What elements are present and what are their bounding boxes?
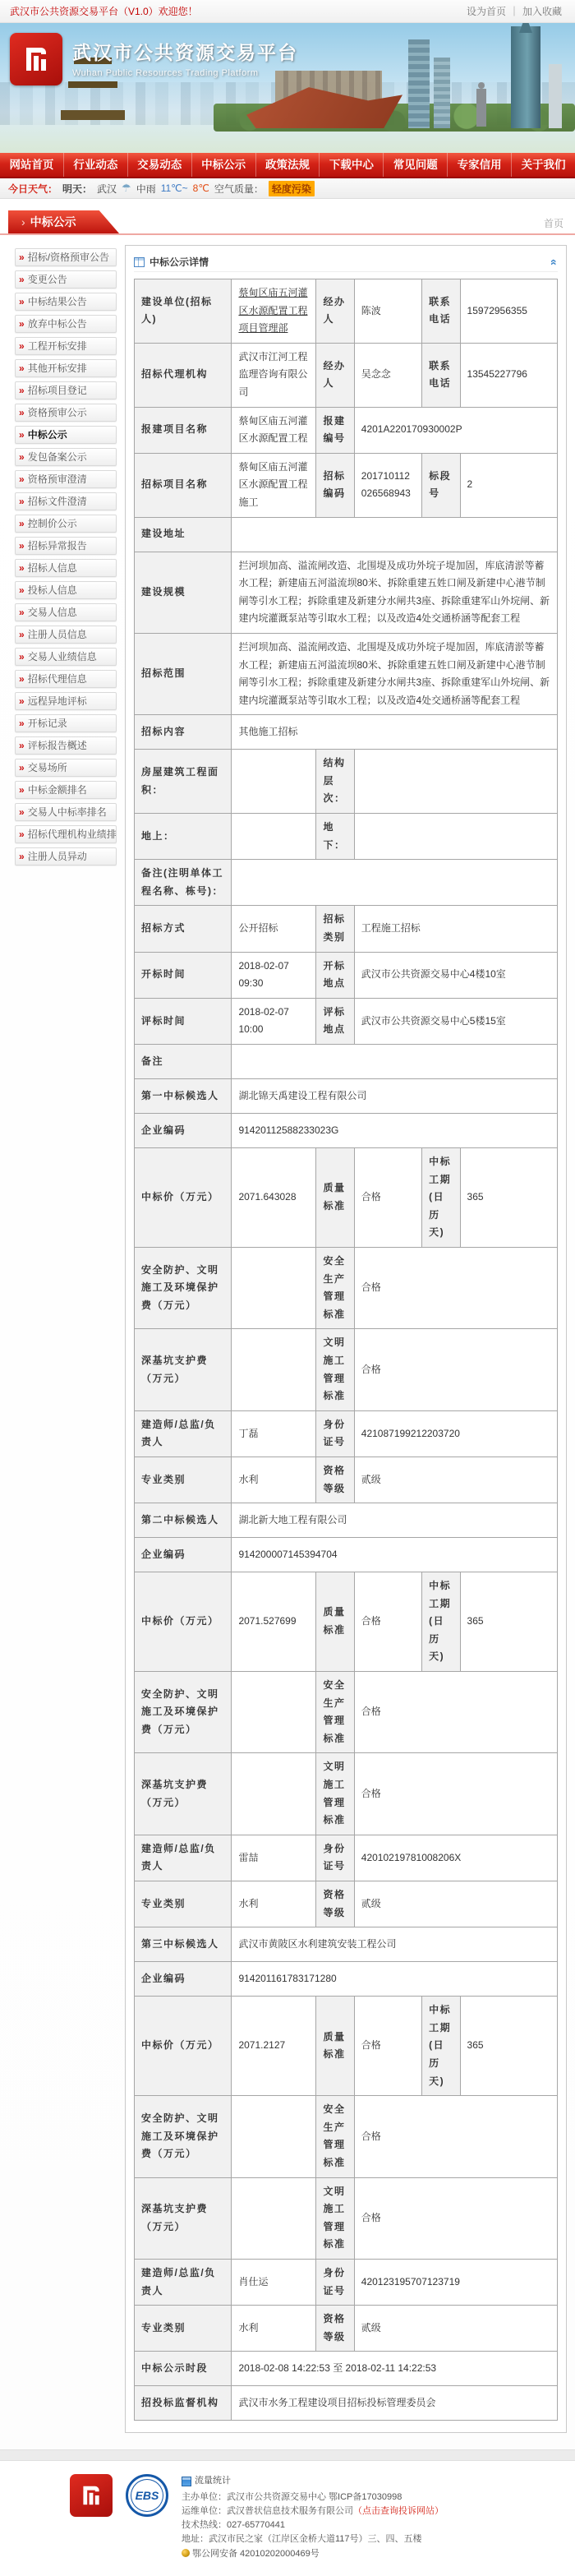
sidebar-item[interactable]: »中标金额排名 bbox=[15, 781, 117, 799]
breadcrumb-current: 中标公示 bbox=[30, 215, 76, 229]
table-cell-value: 合格 bbox=[354, 1329, 557, 1410]
table-cell-value: 42010219781008206X bbox=[354, 1835, 557, 1881]
table-cell-value: 合格 bbox=[354, 1247, 557, 1328]
sidebar-item-label: 招标人信息 bbox=[28, 560, 77, 576]
sidebar-item-label: 资格预审澄清 bbox=[28, 471, 87, 487]
table-cell-label: 招标方式 bbox=[135, 906, 232, 952]
sidebar-item-label: 交易场所 bbox=[28, 759, 67, 776]
table-cell-value bbox=[232, 1329, 316, 1410]
sidebar-item[interactable]: »投标人信息 bbox=[15, 581, 117, 599]
caret-icon: › bbox=[21, 215, 25, 229]
table-cell-value: 2018-02-07 10:00 bbox=[232, 998, 316, 1044]
sidebar-item[interactable]: »开标记录 bbox=[15, 714, 117, 732]
table-cell-value bbox=[232, 1753, 316, 1835]
sidebar-item-label: 评标报告概述 bbox=[28, 737, 87, 754]
detail-panel: 中标公示详情 « 建设单位(招标人)蔡甸区庙五河灌区水源配置工程项目管理部经办人… bbox=[125, 245, 567, 2433]
sidebar-item[interactable]: »工程开标安排 bbox=[15, 337, 117, 355]
sidebar-item-label: 中标结果公告 bbox=[28, 293, 87, 310]
content-area: »招标/资格预审公告»变更公告»中标结果公告»放弃中标公告»工程开标安排»其他开… bbox=[0, 235, 575, 2449]
table-row: 企业编码914201161783171280 bbox=[135, 1962, 558, 1997]
double-arrow-icon: » bbox=[19, 427, 25, 443]
sidebar-item-label: 投标人信息 bbox=[28, 582, 77, 598]
table-cell-label: 深基坑支护费（万元） bbox=[135, 1329, 232, 1410]
table-cell-value: 2 bbox=[460, 453, 557, 517]
nav-item[interactable]: 行业动态 bbox=[64, 153, 128, 177]
skyscraper-art bbox=[408, 39, 430, 128]
double-arrow-icon: » bbox=[19, 848, 25, 865]
sidebar-item-label: 资格预审公示 bbox=[28, 404, 87, 421]
header-banner: 武汉市公共资源交易平台 Wuhan Public Resources Tradi… bbox=[0, 23, 575, 153]
table-cell-value: 合格 bbox=[354, 1672, 557, 1753]
sidebar-item[interactable]: »交易场所 bbox=[15, 759, 117, 777]
table-cell-value: 合格 bbox=[354, 2177, 557, 2259]
sidebar-item-label: 开标记录 bbox=[28, 715, 67, 732]
footer-line-label: 主办单位： bbox=[182, 2492, 227, 2502]
table-cell-label: 文明施工管理标准 bbox=[316, 2177, 354, 2259]
temp-high: 11℃~ bbox=[161, 182, 188, 194]
table-row: 安全防护、文明施工及环境保护费（万元）安全生产管理标准合格 bbox=[135, 2096, 558, 2177]
table-cell-label: 深基坑支护费（万元） bbox=[135, 2177, 232, 2259]
table-cell-value: 武汉市黄陂区水利建筑安装工程公司 bbox=[232, 1927, 558, 1962]
table-cell-value: 丁磊 bbox=[232, 1410, 316, 1457]
nav-item[interactable]: 中标公示 bbox=[192, 153, 256, 177]
table-cell-label: 身份证号 bbox=[316, 2259, 354, 2305]
footer-text-block: 流量统计 主办单位：武汉市公共资源交易中心 鄂ICP备17030998运维单位：… bbox=[182, 2474, 444, 2560]
table-cell-value: 吴念念 bbox=[354, 343, 421, 407]
table-cell-label: 身份证号 bbox=[316, 1410, 354, 1457]
sidebar-item-label: 招标代理信息 bbox=[28, 671, 87, 687]
double-arrow-icon: » bbox=[19, 271, 25, 288]
table-cell-label: 中标工期(日历天) bbox=[422, 1572, 460, 1672]
table-cell-label: 安全防护、文明施工及环境保护费（万元） bbox=[135, 1672, 232, 1753]
sidebar-item[interactable]: »变更公告 bbox=[15, 270, 117, 289]
table-cell-value: 2071.2127 bbox=[232, 1997, 316, 2096]
detail-table: 建设单位(招标人)蔡甸区庙五河灌区水源配置工程项目管理部经办人陈波联系电话159… bbox=[134, 279, 558, 2421]
table-cell-value: 365 bbox=[460, 1572, 557, 1672]
sidebar-item[interactable]: »发包备案公示 bbox=[15, 448, 117, 466]
table-cell-value: 工程施工招标 bbox=[354, 906, 557, 952]
double-arrow-icon: » bbox=[19, 471, 25, 487]
site-title-block: 武汉市公共资源交易平台 Wuhan Public Resources Tradi… bbox=[72, 38, 298, 78]
table-cell-label: 建设规模 bbox=[135, 552, 232, 633]
double-arrow-icon: » bbox=[19, 737, 25, 754]
panel-header: 中标公示详情 « bbox=[134, 252, 558, 272]
table-cell-value: 365 bbox=[460, 1148, 557, 1248]
table-row: 地上：地下： bbox=[135, 814, 558, 860]
table-row: 企业编码914200007145394704 bbox=[135, 1538, 558, 1572]
sidebar-item-label: 远程异地评标 bbox=[28, 693, 87, 709]
table-row: 专业类别水利资格等级贰级 bbox=[135, 1881, 558, 1927]
table-cell-value: 贰级 bbox=[354, 1457, 557, 1503]
site-title: 武汉市公共资源交易平台 bbox=[72, 38, 298, 65]
table-row: 招标内容其他施工招标 bbox=[135, 715, 558, 750]
table-cell-label: 深基坑支护费（万元） bbox=[135, 1753, 232, 1835]
breadcrumb-ribbon: ›中标公示 bbox=[8, 210, 119, 233]
table-cell-value: 合格 bbox=[354, 1148, 421, 1248]
table-cell-label: 资格等级 bbox=[316, 1881, 354, 1927]
table-row: 企业编码91420112588233023G bbox=[135, 1114, 558, 1148]
nav-item[interactable]: 专家信用 bbox=[448, 153, 512, 177]
table-cell-value: 湖北锦天禹建设工程有限公司 bbox=[232, 1079, 558, 1114]
table-cell-value: 蔡甸区庙五河灌区水源配置工程 bbox=[232, 407, 316, 453]
table-cell-label: 报建项目名称 bbox=[135, 407, 232, 453]
monument-art bbox=[549, 64, 562, 128]
air-quality-badge: 轻度污染 bbox=[269, 181, 315, 196]
sidebar-item-label: 中标金额排名 bbox=[28, 782, 87, 798]
breadcrumb: ›中标公示 首页 bbox=[0, 210, 575, 235]
sidebar-item-label: 招标代理机构业绩排名 bbox=[28, 826, 117, 843]
sidebar-item[interactable]: »注册人员信息 bbox=[15, 626, 117, 644]
table-cell-label: 标段号 bbox=[422, 453, 460, 517]
table-cell-label: 专业类别 bbox=[135, 2306, 232, 2352]
table-row: 深基坑支护费（万元）文明施工管理标准合格 bbox=[135, 2177, 558, 2259]
site-subtitle: Wuhan Public Resources Trading Platform bbox=[72, 68, 298, 78]
table-cell-value: 拦河坝加高、溢流闸改造、北围堤及成功外垸子堤加固，库底清淤等蓄水工程；新建庙五河… bbox=[232, 633, 558, 714]
table-cell-label: 文明施工管理标准 bbox=[316, 1329, 354, 1410]
double-arrow-icon: » bbox=[19, 338, 25, 354]
panel-title: 中标公示详情 bbox=[149, 255, 209, 269]
nav-item[interactable]: 关于我们 bbox=[512, 153, 575, 177]
weather-condition: 中雨 bbox=[136, 182, 156, 196]
table-row: 招标代理机构武汉市江河工程监理咨询有限公司经办人吴念念联系电话135452277… bbox=[135, 343, 558, 407]
table-row: 备注(注明单体工程名称、栋号)： bbox=[135, 860, 558, 906]
sidebar-item-label: 其他开标安排 bbox=[28, 360, 87, 376]
table-cell-label: 经办人 bbox=[316, 343, 354, 407]
nav-item[interactable]: 交易动态 bbox=[128, 153, 192, 177]
footer-line-text: 武汉市民之家（江岸区金桥大道117号）三、四、五楼 bbox=[209, 2534, 422, 2544]
table-row: 建造师/总监/负责人肖仕运身份证号420123195707123719 bbox=[135, 2259, 558, 2305]
double-arrow-icon: » bbox=[19, 249, 25, 265]
weather-day: 明天： bbox=[62, 182, 92, 196]
nav-item[interactable]: 网站首页 bbox=[0, 153, 64, 177]
sidebar-item[interactable]: »资格预审澄清 bbox=[15, 470, 117, 488]
double-arrow-icon: » bbox=[19, 649, 25, 665]
complaint-link[interactable]: （点击查询投诉网站） bbox=[353, 2506, 444, 2516]
table-cell-label: 备注 bbox=[135, 1045, 232, 1079]
sidebar-item-label: 变更公告 bbox=[28, 271, 67, 288]
table-cell-label: 中标工期(日历天) bbox=[422, 1148, 460, 1248]
traffic-stats[interactable]: 流量统计 bbox=[182, 2474, 444, 2488]
sidebar-item[interactable]: »交易人业绩信息 bbox=[15, 648, 117, 666]
sidebar-item[interactable]: »招标代理机构业绩排名 bbox=[15, 825, 117, 843]
table-cell-label: 安全防护、文明施工及环境保护费（万元） bbox=[135, 2096, 232, 2177]
set-home-link[interactable]: 设为首页 bbox=[467, 6, 506, 17]
double-arrow-icon: » bbox=[19, 293, 25, 310]
weather-city: 武汉 bbox=[97, 182, 117, 196]
nav-item[interactable]: 常见问题 bbox=[384, 153, 448, 177]
table-cell-label: 招标代理机构 bbox=[135, 343, 232, 407]
table-cell-label: 资格等级 bbox=[316, 1457, 354, 1503]
double-arrow-icon: » bbox=[19, 759, 25, 776]
table-cell-label: 评标地点 bbox=[316, 998, 354, 1044]
double-arrow-icon: » bbox=[19, 582, 25, 598]
sidebar-item-label: 放弃中标公告 bbox=[28, 316, 87, 332]
table-cell-value: 武汉市水务工程建设项目招标投标管理委员会 bbox=[232, 2386, 558, 2421]
table-row: 房屋建筑工程面积：结构层次： bbox=[135, 750, 558, 814]
footer-lines: 主办单位：武汉市公共资源交易中心 鄂ICP备17030998运维单位：武汉普状信… bbox=[182, 2491, 444, 2560]
sidebar-item[interactable]: »招标异常报告 bbox=[15, 537, 117, 555]
double-arrow-icon: » bbox=[19, 449, 25, 465]
table-cell-value bbox=[232, 814, 316, 860]
weather-bar: 今日天气： 明天： 武汉 ☂ 中雨 11℃~ 8℃ 空气质量： 轻度污染 bbox=[0, 178, 575, 199]
table-cell-value: 武汉市公共资源交易中心5楼15室 bbox=[354, 998, 557, 1044]
topbar-links: 设为首页｜加入收藏 bbox=[463, 4, 565, 18]
sidebar-item[interactable]: »控制价公示 bbox=[15, 515, 117, 533]
table-cell-value: 肖仕运 bbox=[232, 2259, 316, 2305]
table-cell-value: 914201161783171280 bbox=[232, 1962, 558, 1997]
table-cell-label: 联系电话 bbox=[422, 279, 460, 344]
table-cell-label: 结构层次： bbox=[316, 750, 354, 814]
home-link[interactable]: 首页 bbox=[544, 216, 563, 230]
logo-emblem-icon bbox=[20, 43, 53, 76]
table-row: 第一中标候选人湖北锦天禹建设工程有限公司 bbox=[135, 1079, 558, 1114]
double-arrow-icon: » bbox=[19, 538, 25, 554]
rain-icon: ☂ bbox=[122, 182, 131, 195]
sidebar-item-label: 招标/资格预审公告 bbox=[28, 249, 109, 265]
table-cell-label: 企业编码 bbox=[135, 1538, 232, 1572]
sidebar-item[interactable]: »中标公示 bbox=[15, 426, 117, 444]
sidebar-item[interactable]: »招标/资格预审公告 bbox=[15, 248, 117, 266]
sidebar-item-label: 中标公示 bbox=[28, 427, 67, 443]
table-cell-label: 备注(注明单体工程名称、栋号)： bbox=[135, 860, 232, 906]
sidebar-item-label: 控制价公示 bbox=[28, 515, 77, 532]
table-cell-label: 中标工期(日历天) bbox=[422, 1997, 460, 2096]
sidebar-item[interactable]: »交易人中标率排名 bbox=[15, 803, 117, 821]
table-row: 中标价（万元）2071.2127质量标准合格中标工期(日历天)365 bbox=[135, 1997, 558, 2096]
table-cell-value bbox=[232, 750, 316, 814]
table-row: 开标时间2018-02-07 09:30开标地点武汉市公共资源交易中心4楼10室 bbox=[135, 952, 558, 998]
sidebar-item-label: 注册人员异动 bbox=[28, 848, 87, 865]
sidebar-item-label: 工程开标安排 bbox=[28, 338, 87, 354]
table-cell-label: 身份证号 bbox=[316, 1835, 354, 1881]
table-cell-label: 建造师/总监/负责人 bbox=[135, 2259, 232, 2305]
table-cell-value: 合格 bbox=[354, 1753, 557, 1835]
table-cell-label: 招标项目名称 bbox=[135, 453, 232, 517]
double-arrow-icon: » bbox=[19, 560, 25, 576]
double-arrow-icon: » bbox=[19, 493, 25, 510]
footer-line: 地址：武汉市民之家（江岸区金桥大道117号）三、四、五楼 bbox=[182, 2532, 444, 2546]
double-arrow-icon: » bbox=[19, 604, 25, 621]
footer-line-text: 鄂公网安备 42010202000469号 bbox=[192, 2549, 320, 2559]
table-row: 备注 bbox=[135, 1045, 558, 1079]
table-row: 招投标监督机构武汉市水务工程建设项目招标投标管理委员会 bbox=[135, 2386, 558, 2421]
sidebar-item-label: 交易人业绩信息 bbox=[28, 649, 97, 665]
topbar-separator: ｜ bbox=[509, 6, 519, 17]
sidebar-item[interactable]: »评标报告概述 bbox=[15, 736, 117, 755]
table-row: 建设地址 bbox=[135, 517, 558, 552]
table-cell-label: 建设地址 bbox=[135, 517, 232, 552]
table-row: 深基坑支护费（万元）文明施工管理标准合格 bbox=[135, 1753, 558, 1835]
double-arrow-icon: » bbox=[19, 382, 25, 399]
table-cell-value bbox=[232, 1045, 558, 1079]
table-cell-value: 2071.643028 bbox=[232, 1148, 316, 1248]
table-cell-value: 贰级 bbox=[354, 2306, 557, 2352]
table-cell-value: 湖北新大地工程有限公司 bbox=[232, 1503, 558, 1538]
sidebar-item-label: 招标项目登记 bbox=[28, 382, 87, 399]
sidebar-item[interactable]: »其他开标安排 bbox=[15, 359, 117, 377]
table-cell-label: 中标价（万元） bbox=[135, 1148, 232, 1248]
table-cell-value: 武汉市公共资源交易中心4楼10室 bbox=[354, 952, 557, 998]
sidebar-item-label: 发包备案公示 bbox=[28, 449, 87, 465]
table-cell-label: 招投标监督机构 bbox=[135, 2386, 232, 2421]
table-cell-label: 招标范围 bbox=[135, 633, 232, 714]
table-row: 建造师/总监/负责人丁磊身份证号421087199212203720 bbox=[135, 1410, 558, 1457]
table-row: 招标项目名称蔡甸区庙五河灌区水源配置工程施工招标编码20171011202656… bbox=[135, 453, 558, 517]
table-cell-label: 开标地点 bbox=[316, 952, 354, 998]
table-cell-value: 13545227796 bbox=[460, 343, 557, 407]
table-cell-label: 企业编码 bbox=[135, 1114, 232, 1148]
double-arrow-icon: » bbox=[19, 404, 25, 421]
double-arrow-icon: » bbox=[19, 826, 25, 843]
nav-item[interactable]: 下载中心 bbox=[320, 153, 384, 177]
add-favorite-link[interactable]: 加入收藏 bbox=[522, 6, 562, 17]
table-cell-label: 资格等级 bbox=[316, 2306, 354, 2352]
stats-label: 流量统计 bbox=[195, 2474, 231, 2488]
table-cell-value: 2018-02-08 14:22:53 至 2018-02-11 14:22:5… bbox=[232, 2352, 558, 2386]
table-cell-value bbox=[232, 2177, 316, 2259]
table-row: 建造师/总监/负责人雷喆身份证号42010219781008206X bbox=[135, 1835, 558, 1881]
table-cell-label: 专业类别 bbox=[135, 1457, 232, 1503]
table-cell-label: 地上： bbox=[135, 814, 232, 860]
table-cell-value bbox=[232, 860, 558, 906]
table-cell-value: 91420112588233023G bbox=[232, 1114, 558, 1148]
table-cell-value: 4201A220170930002P bbox=[354, 407, 557, 453]
double-arrow-icon: » bbox=[19, 515, 25, 532]
table-cell-label: 质量标准 bbox=[316, 1572, 354, 1672]
table-row: 中标价（万元）2071.527699质量标准合格中标工期(日历天)365 bbox=[135, 1572, 558, 1672]
table-cell-label: 房屋建筑工程面积： bbox=[135, 750, 232, 814]
footer-line: 主办单位：武汉市公共资源交易中心 鄂ICP备17030998 bbox=[182, 2491, 444, 2504]
table-cell-value: 贰级 bbox=[354, 1881, 557, 1927]
table-cell-label: 招标内容 bbox=[135, 715, 232, 750]
table-cell-value: 201710112026568943 bbox=[354, 453, 421, 517]
footer-line-label: 技术热线： bbox=[182, 2520, 227, 2530]
statue-art bbox=[476, 89, 486, 127]
detail-table-body: 建设单位(招标人)蔡甸区庙五河灌区水源配置工程项目管理部经办人陈波联系电话159… bbox=[135, 279, 558, 2421]
table-cell-value: 合格 bbox=[354, 1572, 421, 1672]
table-cell-label: 安全防护、文明施工及环境保护费（万元） bbox=[135, 1247, 232, 1328]
footer-separator bbox=[0, 2449, 575, 2461]
ebs-certification-badge: EBS bbox=[126, 2474, 168, 2517]
table-cell-value: 420123195707123719 bbox=[354, 2259, 557, 2305]
double-arrow-icon: » bbox=[19, 782, 25, 798]
table-cell-value bbox=[232, 1672, 316, 1753]
double-arrow-icon: » bbox=[19, 360, 25, 376]
sidebar-item[interactable]: »招标文件澄清 bbox=[15, 492, 117, 510]
sidebar-item-label: 交易人信息 bbox=[28, 604, 77, 621]
sidebar-item[interactable]: »招标人信息 bbox=[15, 559, 117, 577]
footer-line-text: 027-65770441 bbox=[227, 2520, 285, 2530]
table-cell-value: 蔡甸区庙五河灌区水源配置工程施工 bbox=[232, 453, 316, 517]
footer-line: 运维单位：武汉普状信息技术服务有限公司（点击查询投诉网站） bbox=[182, 2504, 444, 2518]
table-row: 第二中标候选人湖北新大地工程有限公司 bbox=[135, 1503, 558, 1538]
table-cell-label: 第三中标候选人 bbox=[135, 1927, 232, 1962]
site-logo[interactable] bbox=[10, 33, 62, 85]
sidebar-item-label: 注册人员信息 bbox=[28, 626, 87, 643]
table-row: 评标时间2018-02-07 10:00评标地点武汉市公共资源交易中心5楼15室 bbox=[135, 998, 558, 1044]
table-cell-value: 雷喆 bbox=[232, 1835, 316, 1881]
table-cell-label: 中标价（万元） bbox=[135, 1997, 232, 2096]
sidebar-item[interactable]: »交易人信息 bbox=[15, 603, 117, 621]
table-row: 专业类别水利资格等级贰级 bbox=[135, 1457, 558, 1503]
table-cell-value bbox=[354, 750, 557, 814]
collapse-icon[interactable]: « bbox=[548, 259, 561, 265]
temp-low: 8℃ bbox=[193, 182, 209, 194]
double-arrow-icon: » bbox=[19, 626, 25, 643]
table-cell-label: 质量标准 bbox=[316, 1148, 354, 1248]
table-cell-value: 421087199212203720 bbox=[354, 1410, 557, 1457]
sidebar-item[interactable]: »招标项目登记 bbox=[15, 381, 117, 399]
weather-label: 今日天气： bbox=[8, 182, 57, 196]
footer-line: 鄂公网安备 42010202000469号 bbox=[182, 2547, 444, 2561]
table-cell-label: 招标类别 bbox=[316, 906, 354, 952]
table-cell-value: 其他施工招标 bbox=[232, 715, 558, 750]
nav-item[interactable]: 政策法规 bbox=[256, 153, 320, 177]
ebs-label: EBS bbox=[136, 2489, 159, 2502]
sidebar-item[interactable]: »注册人员异动 bbox=[15, 847, 117, 866]
table-row: 招标方式公开招标招标类别工程施工招标 bbox=[135, 906, 558, 952]
top-bar: 武汉市公共资源交易平台（V1.0）欢迎您！ 设为首页｜加入收藏 bbox=[0, 0, 575, 23]
table-cell-label: 中标公示时段 bbox=[135, 2352, 232, 2386]
table-cell-value bbox=[232, 2096, 316, 2177]
sidebar-item[interactable]: »中标结果公告 bbox=[15, 293, 117, 311]
table-cell-label: 评标时间 bbox=[135, 998, 232, 1044]
table-cell-label: 联系电话 bbox=[422, 343, 460, 407]
table-row: 专业类别水利资格等级贰级 bbox=[135, 2306, 558, 2352]
sidebar-item[interactable]: »放弃中标公告 bbox=[15, 315, 117, 333]
sidebar-item-label: 招标异常报告 bbox=[28, 538, 87, 554]
footer-logo bbox=[70, 2474, 113, 2517]
table-cell-value: 陈波 bbox=[354, 279, 421, 344]
table-cell-label: 安全生产管理标准 bbox=[316, 1247, 354, 1328]
table-cell-value bbox=[232, 1247, 316, 1328]
table-cell-label: 质量标准 bbox=[316, 1997, 354, 2096]
public-security-badge-icon bbox=[182, 2549, 190, 2557]
footer: EBS 流量统计 主办单位：武汉市公共资源交易中心 鄂ICP备17030998运… bbox=[0, 2461, 575, 2575]
table-row: 报建项目名称蔡甸区庙五河灌区水源配置工程报建编号4201A22017093000… bbox=[135, 407, 558, 453]
table-row: 建设单位(招标人)蔡甸区庙五河灌区水源配置工程项目管理部经办人陈波联系电话159… bbox=[135, 279, 558, 344]
sidebar-item[interactable]: »招标代理信息 bbox=[15, 670, 117, 688]
table-cell-value: 公开招标 bbox=[232, 906, 316, 952]
double-arrow-icon: » bbox=[19, 804, 25, 820]
footer-line-text: 武汉普状信息技术服务有限公司 bbox=[227, 2506, 353, 2516]
table-row: 深基坑支护费（万元）文明施工管理标准合格 bbox=[135, 1329, 558, 1410]
skyscraper-art bbox=[434, 58, 450, 128]
table-cell-value: 武汉市江河工程监理咨询有限公司 bbox=[232, 343, 316, 407]
sidebar-item[interactable]: »远程异地评标 bbox=[15, 692, 117, 710]
table-cell-label: 文明施工管理标准 bbox=[316, 1753, 354, 1835]
table-cell-value: 水利 bbox=[232, 2306, 316, 2352]
table-cell-value: 拦河坝加高、溢流闸改造、北围堤及成功外垸子堤加固，库底清淤等蓄水工程；新建庙五河… bbox=[232, 552, 558, 633]
sidebar-item-label: 交易人中标率排名 bbox=[28, 804, 107, 820]
table-cell-label: 招标编码 bbox=[316, 453, 354, 517]
double-arrow-icon: » bbox=[19, 316, 25, 332]
table-cell-label: 开标时间 bbox=[135, 952, 232, 998]
table-cell-value: 15972956355 bbox=[460, 279, 557, 344]
table-cell-label: 经办人 bbox=[316, 279, 354, 344]
main-nav: 网站首页行业动态交易动态中标公示政策法规下载中心常见问题专家信用关于我们 bbox=[0, 153, 575, 178]
sidebar-item[interactable]: »资格预审公示 bbox=[15, 404, 117, 422]
table-cell-value: 蔡甸区庙五河灌区水源配置工程项目管理部 bbox=[232, 279, 316, 344]
table-cell-value: 365 bbox=[460, 1997, 557, 2096]
table-row: 招标范围拦河坝加高、溢流闸改造、北围堤及成功外垸子堤加固，库底清淤等蓄水工程；新… bbox=[135, 633, 558, 714]
air-quality-label: 空气质量： bbox=[214, 182, 264, 196]
table-cell-value: 合格 bbox=[354, 1997, 421, 2096]
table-row: 安全防护、文明施工及环境保护费（万元）安全生产管理标准合格 bbox=[135, 1247, 558, 1328]
table-cell-value bbox=[354, 814, 557, 860]
table-cell-label: 企业编码 bbox=[135, 1962, 232, 1997]
table-cell-value: 水利 bbox=[232, 1881, 316, 1927]
